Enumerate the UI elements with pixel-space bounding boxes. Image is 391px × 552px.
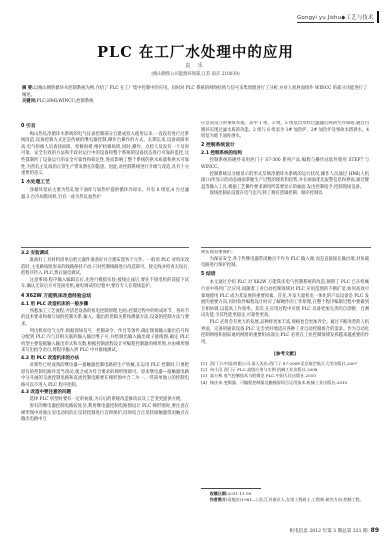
section-5-p2: PLC 必将会有更大的发展,品种将更加丰富,规格也会更加齐全。通过不断改善的人机… — [201, 320, 369, 346]
left-column-bottom: 3.2 安装调试 准备好工具材料清单后把元器件准备好并合理布置各个元件。一般用 … — [21, 250, 189, 512]
section-4-3-p2: 原有的继电器控制电路较复杂,利用继电器控制电路图设计 PLC 梯形图时,要注意在… — [21, 404, 189, 424]
section-4-1-heading: 4.1 用 PLC 改造机床的一般步骤 — [21, 302, 189, 309]
section-0-heading: 0 引言 — [21, 124, 189, 131]
section-3-2-p2: 注意事项:程序输入编辑完后,先进行模拟实验;接线完成后,要在不接电机的前提下试车… — [21, 278, 189, 291]
section-1-continued: 应急而设立的事故水塔。其中 1 组、3 组、5 组泵出水经过滤器后两回至冷却塔,… — [201, 121, 369, 141]
footnote-divider — [201, 488, 261, 489]
keywords-label: 关键词: — [22, 99, 37, 104]
abstract-text: 以梅山钢铁循环水控制系统为例,介绍了 PLC 在工厂集中控制中的应用。同时对 P… — [22, 86, 367, 98]
bio-text: 袁俊庆(1981—),男,江苏南京人,在读工程硕士,工程师,研究方向:控制工程。 — [228, 497, 364, 502]
article-affiliation: (梅山钢铁公司能源环保部,江苏 南京 210039) — [0, 71, 391, 77]
section-1-heading: 1 水处理工艺 — [21, 180, 189, 187]
keywords: 关键词:PLC;HMI;WINCC;控制系统 — [22, 99, 370, 106]
article-title: PLC 在工厂水处理中的应用 — [0, 41, 391, 62]
section-4-1-p2: 列出机床电气元件,根据现场信号、控制命令、作目等条件,确定现场输入输出信号和分配… — [21, 329, 189, 355]
reference-text: 杨庆来.变频器、可编程控制器及触摸屏综合运用技术.机械工业出版社,2010 — [210, 380, 347, 386]
page-footer: 机电信息 2012 年第 3 期总第 321 期89 — [290, 527, 379, 534]
left-column-top: 0 引言 梅山热轧净循环水系统的电气仪表控制部分自建成投入使用以来,一直没有进行… — [21, 121, 189, 243]
section-2-1-p2: 控制系统以分级显示的形式反映净循环水系统的运行状况,操作人员通过 HMI(人机接… — [201, 172, 369, 192]
section-3-2-p1: 准备好工具材料清单后把元器件准备好并合理布置各个元件。一般用 PLC 对机床改造… — [21, 258, 189, 278]
section-0-body: 梅山热轧净循环水系统的电气仪表控制部分自建成投入使用以来,一直没有进行过系统改造… — [21, 132, 189, 178]
author-bio: 作者简介:袁俊庆(1981—),男,江苏南京人,在读工程硕士,工程师,研究方向:… — [201, 497, 369, 503]
bio-label: 作者简介: — [210, 497, 228, 502]
running-header: Gongyi yu Jishu◆工艺与技术 — [297, 9, 379, 23]
section-2-1-heading: 2.1 控制系统的结构 — [201, 151, 369, 158]
section-2-1-p3: 现场控制站设置在电气室内,除了拥有逻辑控制、顺序控制以 — [201, 191, 369, 198]
section-5-p1: 本文通过介绍 PLC 对 X62W 万能铣床电气控制系统的改造,阐明了 PLC … — [201, 280, 369, 320]
section-4-3-p3: 为保证安全,各个热继电器常闭触点不作为 PLC 输入端,而是直接接在输出端,对负… — [201, 257, 369, 270]
received-value: 2011-11-09 — [228, 491, 252, 496]
section-5-heading: 5 结语 — [201, 272, 369, 279]
received-label: 收稿日期: — [210, 491, 228, 496]
running-head-text: Gongyi yu Jishu◆工艺与技术 — [297, 13, 373, 23]
right-column-top: 应急而设立的事故水塔。其中 1 组、3 组、5 组泵出水经过滤器后两回至冷却塔,… — [201, 121, 369, 243]
references-heading: [参考文献] — [201, 352, 369, 359]
right-column-bottom: 锁实现双重保护。 为保证安全,各个热继电器常闭触点不作为 PLC 输入端,而是直… — [201, 250, 369, 475]
section-3-2-heading: 3.2 安装调试 — [21, 251, 189, 258]
keywords-text: PLC;HMI;WINCC;控制系统 — [37, 99, 94, 104]
abstract-block: 摘 要:以梅山钢铁循环水控制系统为例,介绍了 PLC 在工厂集中控制中的应用。同… — [22, 86, 370, 106]
journal-issue: 机电信息 2012 年第 3 期总第 321 期 — [290, 529, 368, 534]
section-1-body: 净循环泵站主要为热轧地下油库与加热炉提供循环冷却水。共有 6 组泵,4 台过滤器… — [21, 188, 189, 201]
footnote: 收稿日期:2011-11-09 作者简介:袁俊庆(1981—),男,江苏南京人,… — [201, 491, 369, 504]
abstract: 摘 要:以梅山钢铁循环水控制系统为例,介绍了 PLC 在工厂集中控制中的应用。同… — [22, 86, 370, 99]
header-bar-icon — [377, 11, 380, 23]
reference-item: [4]杨庆来.变频器、可编程控制器及触摸屏综合运用技术.机械工业出版社,2010 — [201, 380, 369, 386]
references-list: [1]西门子(中国)有限公司.深入浅出:西门子 S7-200P.北京航空航天大学… — [201, 361, 369, 386]
abstract-label: 摘 要: — [22, 86, 34, 91]
section-2-1-p1: 控制系统的硬件采用西门子 S7-300 系列产品,编程与操作站软件使用 STEP… — [201, 158, 369, 171]
section-4-3-continued: 锁实现双重保护。 — [201, 250, 369, 257]
page-cut-divider-left — [21, 247, 189, 248]
article-author: 袁 乐 — [0, 62, 391, 69]
section-4-heading: 4 X62W 万能铣床改造经验总结 — [21, 294, 189, 301]
section-4-1-p1: 熟悉加工工艺流程,弄清老设备的机电控制原理,包括:控制过程中的组成环节、各环节的… — [21, 309, 189, 329]
reference-number: [4] — [201, 380, 210, 386]
section-4-2-p1: 对那些已经成熟的继电器—接触器控制电路的生产机械,在运用 PLC 控制时,只要把… — [21, 363, 189, 389]
section-4-2-heading: 4.2 用 PLC 改造机床的办法 — [21, 356, 189, 363]
page-number: 89 — [371, 527, 379, 534]
page-cut-divider-right — [201, 247, 371, 248]
section-2-heading: 2 控制系统设计 — [201, 143, 369, 150]
section-4-3-heading: 4.3 改造中要注意的问题 — [21, 390, 189, 397]
